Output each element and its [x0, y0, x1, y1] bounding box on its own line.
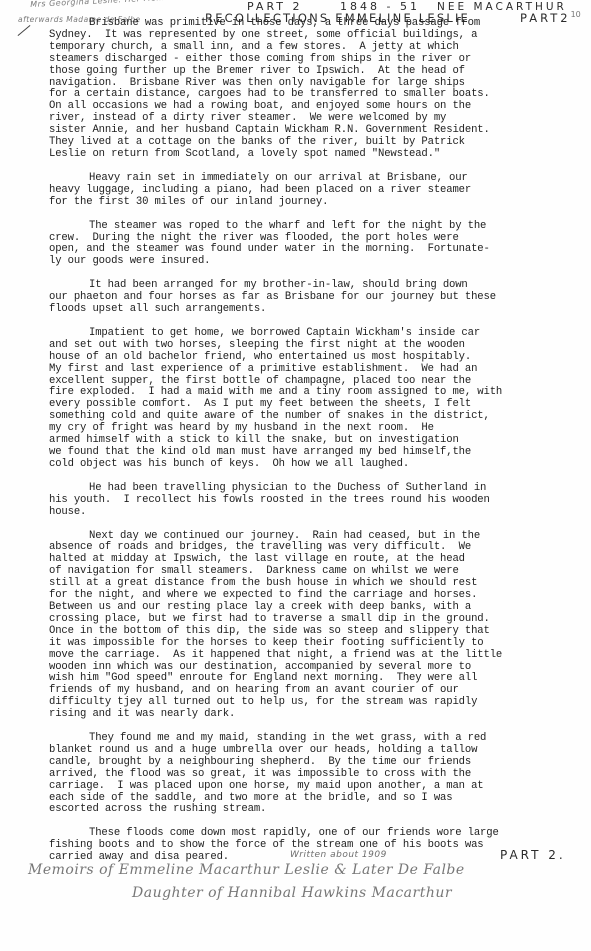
paragraph-brisbane: Brisbane was primitive in those days, a … — [49, 18, 589, 161]
text-line: My first and last experience of a primit… — [49, 364, 589, 376]
handwritten-part-footer: PART 2. — [500, 848, 566, 862]
text-line: Leslie on return from Scotland, a lovely… — [49, 149, 589, 161]
text-line: crossing place, but we first had to trav… — [49, 614, 589, 626]
text-line: Once in the bottom of this dip, the side… — [49, 626, 589, 638]
text-line: candle, brought by a neighbouring shephe… — [49, 757, 589, 769]
paragraph-arrangements: It had been arranged for my brother-in-l… — [49, 280, 589, 316]
text-line: it was impossible for the horses to keep… — [49, 638, 589, 650]
handwritten-written-date: Written about 1909 — [290, 850, 387, 860]
paragraph-physician: He had been travelling physician to the … — [49, 483, 589, 519]
handwritten-note-memoirs: Mrs Georgina Leslie: Her Memoirs — [30, 0, 181, 9]
typewritten-body: Brisbane was primitive in those days, a … — [49, 18, 589, 876]
text-line: arrived, the flood was so great, it was … — [49, 769, 589, 781]
text-line: cold object was his bunch of keys. Oh ho… — [49, 459, 589, 471]
scanned-document-page: Mrs Georgina Leslie: Her Memoirs afterwa… — [0, 0, 591, 951]
text-line: his youth. I recollect his fowls roosted… — [49, 495, 589, 507]
paragraph-found-me: They found me and my maid, standing in t… — [49, 733, 589, 816]
text-line: Heavy rain set in immediately on our arr… — [49, 173, 589, 185]
paragraph-steamer: The steamer was roped to the wharf and l… — [49, 221, 589, 269]
handwritten-memoirs-line: Memoirs of Emmeline Macarthur Leslie & L… — [28, 862, 465, 878]
text-line: those going further up the Bremer river … — [49, 66, 589, 78]
text-line: He had been travelling physician to the … — [49, 483, 589, 495]
paragraph-heavy-rain: Heavy rain set in immediately on our arr… — [49, 173, 589, 209]
text-line: escorted across the rushing stream. — [49, 804, 589, 816]
text-line: carriage. I was placed upon one horse, m… — [49, 781, 589, 793]
text-line: The steamer was roped to the wharf and l… — [49, 221, 589, 233]
paragraph-next-day: Next day we continued our journey. Rain … — [49, 531, 589, 722]
text-line: rising and it was nearly dark. — [49, 709, 589, 721]
text-line: for the first 30 miles of our inland jou… — [49, 197, 589, 209]
text-line: and set out with two horses, sleeping th… — [49, 340, 589, 352]
text-line: steamers discharged - either those comin… — [49, 54, 589, 66]
text-line: heavy luggage, including a piano, had be… — [49, 185, 589, 197]
text-line: house of an old bachelor friend, who ent… — [49, 352, 589, 364]
pen-tick-mark — [18, 25, 31, 36]
text-line: house. — [49, 507, 589, 519]
paragraph-impatient: Impatient to get home, we borrowed Capta… — [49, 328, 589, 471]
text-line: move the carriage. As it happened that n… — [49, 650, 589, 662]
handwritten-daughter-line: Daughter of Hannibal Hawkins Macarthur — [132, 885, 452, 901]
text-line: temporary church, a small inn, and a few… — [49, 42, 589, 54]
text-line: ly our goods were insured. — [49, 256, 589, 268]
text-line: floods upset all such arrangements. — [49, 304, 589, 316]
